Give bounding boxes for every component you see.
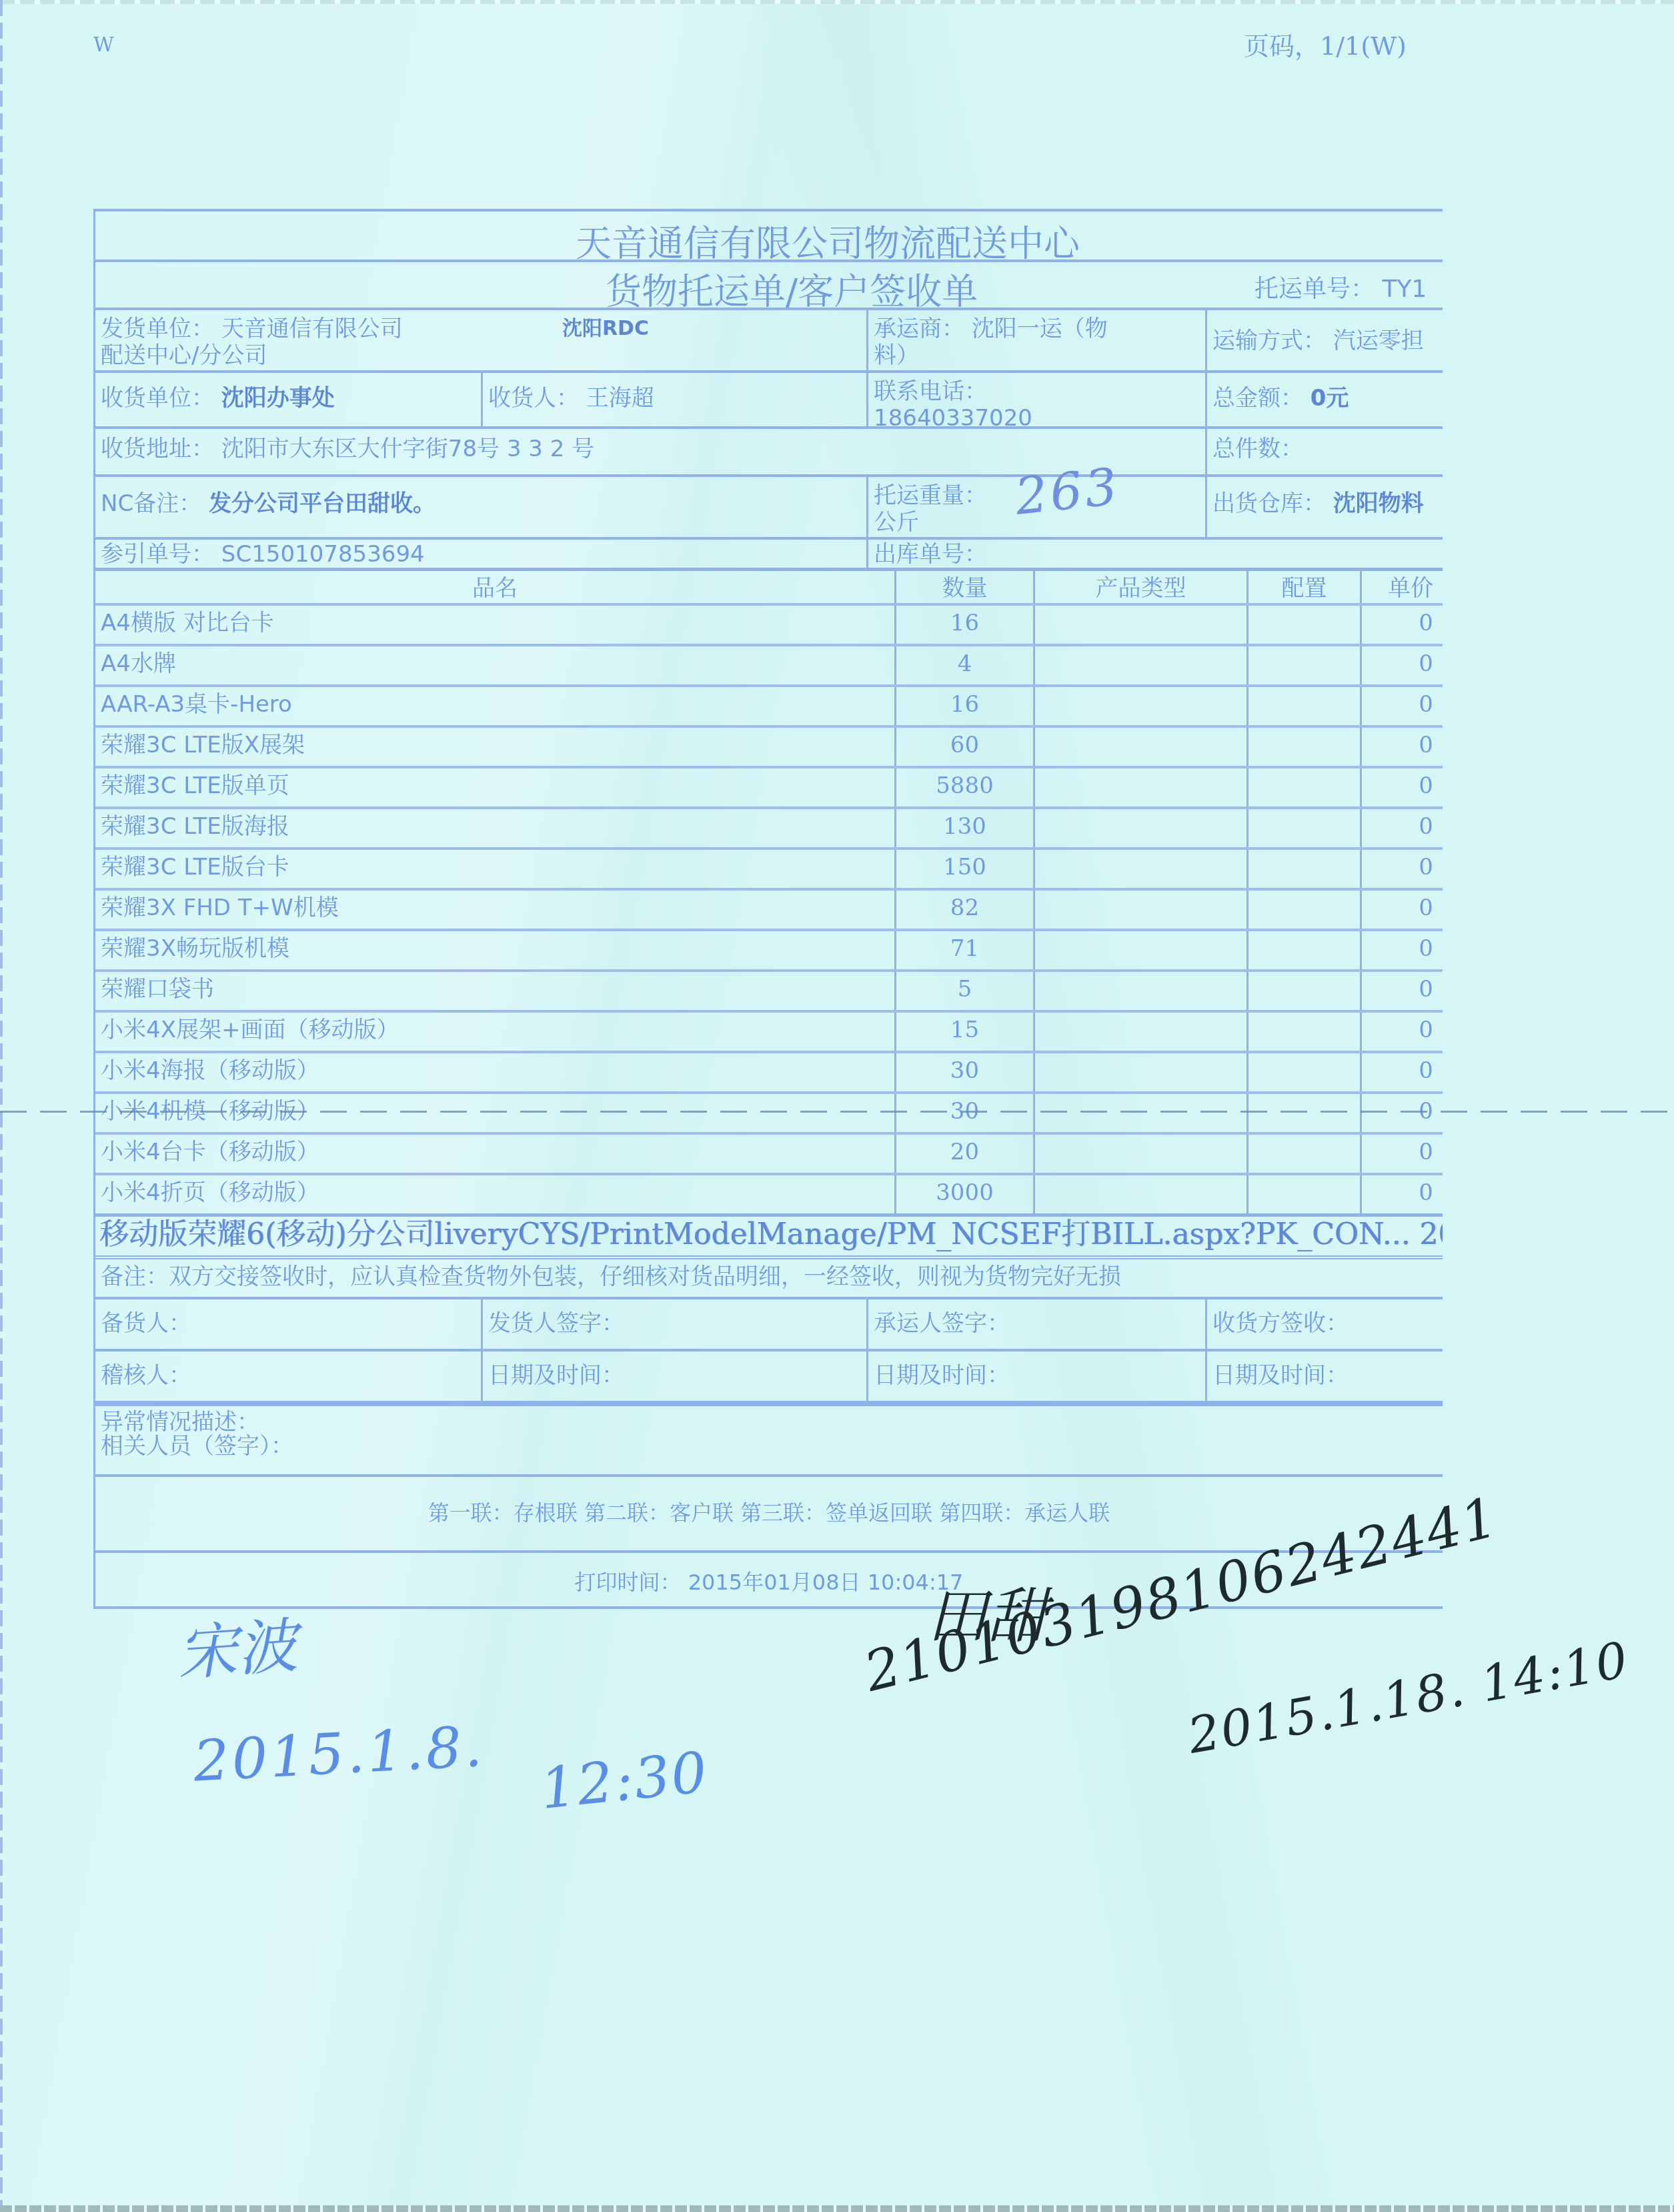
header-config: 配置: [1246, 571, 1360, 603]
left-handwritten-time: 12:30: [538, 1739, 712, 1822]
item-config: [1246, 1094, 1360, 1132]
item-config: [1246, 972, 1360, 1010]
item-config: [1246, 728, 1360, 766]
header-type: 产品类型: [1033, 571, 1246, 603]
item-qty: 130: [894, 809, 1033, 847]
perforation-left: [0, 0, 3, 2212]
item-type: [1033, 1175, 1246, 1213]
item-price: 0: [1360, 728, 1443, 766]
transport-mode-label: 运输方式：: [1212, 328, 1326, 354]
company-title-row: 天音通信有限公司物流配送中心: [95, 209, 1443, 259]
reference-label: 参引单号：: [101, 541, 214, 568]
address-value: 沈阳市大东区大什字街78号 3 3 2 号: [221, 436, 594, 462]
shipper-row: 发货单位： 天音通信有限公司 配送中心/分公司 沈阳RDC 承运商： 沈阳一运（…: [95, 308, 1443, 370]
item-name: 小米4机模（移动版）: [95, 1094, 894, 1132]
item-name: 荣耀3X畅玩版机模: [95, 931, 894, 969]
table-row: A4水牌40: [95, 644, 1443, 684]
table-row: 小米4X展架+画面（移动版）150: [95, 1010, 1443, 1051]
warehouse-label: 出货仓库：: [1212, 490, 1326, 517]
items-header-row: 品名 数量 产品类型 配置 单价: [95, 571, 1443, 603]
item-qty: 4: [894, 646, 1033, 684]
waybill-number: 托运单号： TY1: [1254, 270, 1427, 304]
item-price: 0: [1360, 768, 1443, 806]
table-row: 荣耀3C LTE版X展架600: [95, 725, 1443, 766]
waybill-number-value: TY1: [1382, 275, 1427, 303]
item-type: [1033, 1135, 1246, 1173]
carrier-line-2: 料）: [874, 342, 1200, 369]
table-row: 荣耀口袋书50: [95, 969, 1443, 1010]
item-qty: 60: [894, 728, 1033, 766]
waybill-number-label: 托运单号：: [1254, 275, 1375, 303]
perforation-bottom: [0, 2205, 1674, 2212]
table-row: 荣耀3C LTE版海报1300: [95, 806, 1443, 847]
carrier-sign-field[interactable]: 承运人签字：: [866, 1299, 1205, 1349]
item-name: 小米4海报（移动版）: [95, 1053, 894, 1091]
table-row: 荣耀3C LTE版台卡1500: [95, 847, 1443, 888]
item-qty: 82: [894, 891, 1033, 929]
warehouse-cell: 出货仓库： 沈阳物料: [1205, 477, 1443, 537]
item-config: [1246, 809, 1360, 847]
nc-note-cell: NC备注： 发分公司平台田甜收。: [95, 477, 866, 537]
reference-row: 参引单号： SC150107853694 出库单号：: [95, 537, 1443, 568]
transport-mode-cell: 运输方式： 汽运零担: [1205, 310, 1443, 370]
item-price: 0: [1360, 1094, 1443, 1132]
consignee-unit-cell: 收货单位： 沈阳办事处: [95, 373, 481, 426]
corner-mark: W: [93, 33, 114, 57]
item-config: [1246, 891, 1360, 929]
item-type: [1033, 1053, 1246, 1091]
item-qty: 20: [894, 1135, 1033, 1173]
abnormal-signer-label: 相关人员（签字）：: [101, 1434, 1437, 1458]
item-config: [1246, 768, 1360, 806]
reference-cell: 参引单号： SC150107853694: [95, 540, 866, 568]
contact-phone-label: 联系电话：: [874, 378, 1200, 405]
table-row: 小米4折页（移动版）30000: [95, 1173, 1443, 1213]
page-number: 页码，1/1(W): [1244, 25, 1407, 62]
item-name: 小米4折页（移动版）: [95, 1175, 894, 1213]
header-qty: 数量: [894, 571, 1033, 603]
item-name: 荣耀3C LTE版单页: [95, 768, 894, 806]
item-type: [1033, 1013, 1246, 1051]
item-config: [1246, 1013, 1360, 1051]
item-name: 小米4台卡（移动版）: [95, 1135, 894, 1173]
consignee-value: 王海超: [586, 385, 654, 412]
address-label: 收货地址：: [101, 436, 214, 462]
shipper-sign-field[interactable]: 发货人签字：: [481, 1299, 866, 1349]
header-name: 品名: [95, 571, 894, 603]
item-type: [1033, 687, 1246, 725]
reference-value: SC150107853694: [221, 541, 425, 568]
carrier-line-1: 承运商： 沈阳一运（物: [874, 316, 1200, 342]
item-type: [1033, 728, 1246, 766]
remark-text: 备注：双方交接签收时，应认真检查货物外包装，仔细核对货品明细，一经签收，则视为货…: [95, 1259, 1443, 1297]
weight-cell: 托运重量： 公斤 263: [866, 477, 1205, 537]
total-amount-cell: 总金额： 0元: [1205, 373, 1443, 426]
table-row: 小米4台卡（移动版）200: [95, 1132, 1443, 1173]
total-pieces-label: 总件数：: [1212, 436, 1303, 462]
overprint-url-line: 移动版荣耀6(移动)分公司liveryCYS/PrintModelManage/…: [95, 1213, 1443, 1255]
transport-mode-value: 汽运零担: [1333, 328, 1424, 354]
item-config: [1246, 606, 1360, 644]
items-table: 品名 数量 产品类型 配置 单价 A4横版 对比台卡160A4水牌40AAR-A…: [95, 568, 1443, 1213]
shipper-line-2: 配送中心/分公司: [101, 342, 861, 369]
item-price: 0: [1360, 1175, 1443, 1213]
carrier-datetime-field[interactable]: 日期及时间：: [866, 1351, 1205, 1401]
item-name: AAR-A3桌卡-Hero: [95, 687, 894, 725]
item-type: [1033, 768, 1246, 806]
item-price: 0: [1360, 850, 1443, 888]
abnormal-cell[interactable]: 异常情况描述： 相关人员（签字）：: [95, 1406, 1443, 1474]
copies-text: 第一联：存根联 第二联：客户联 第三联：签单返回联 第四联：承运人联: [95, 1477, 1443, 1550]
table-row: 荣耀3X畅玩版机模710: [95, 929, 1443, 969]
perforation-top: [0, 0, 1674, 4]
item-name: 荣耀3C LTE版X展架: [95, 728, 894, 766]
item-qty: 150: [894, 850, 1033, 888]
item-price: 0: [1360, 809, 1443, 847]
item-qty: 5: [894, 972, 1033, 1010]
consignee-unit-label: 收货单位：: [101, 385, 214, 412]
item-name: 荣耀3X FHD T+W机模: [95, 891, 894, 929]
table-row: AAR-A3桌卡-Hero160: [95, 684, 1443, 725]
item-qty: 5880: [894, 768, 1033, 806]
shipper-line-1: 发货单位： 天音通信有限公司: [101, 316, 861, 342]
header-price: 单价: [1360, 571, 1443, 603]
item-type: [1033, 606, 1246, 644]
item-config: [1246, 646, 1360, 684]
item-qty: 30: [894, 1094, 1033, 1132]
total-pieces-cell: 总件数：: [1205, 429, 1443, 474]
contact-phone-cell: 联系电话： 18640337020: [866, 373, 1205, 426]
item-type: [1033, 646, 1246, 684]
nc-note-row: NC备注： 发分公司平台田甜收。 托运重量： 公斤 263 出货仓库： 沈阳物料: [95, 474, 1443, 537]
item-price: 0: [1360, 606, 1443, 644]
waybill-form: 天音通信有限公司物流配送中心 货物托运单/客户签收单 托运单号： TY1 发货单…: [93, 209, 1443, 1609]
left-handwritten-date: 2015.1.8.: [192, 1714, 486, 1794]
signature-row-2: 稽核人： 日期及时间： 日期及时间： 日期及时间：: [95, 1349, 1443, 1401]
item-price: 0: [1360, 1013, 1443, 1051]
item-price: 0: [1360, 891, 1443, 929]
item-config: [1246, 1135, 1360, 1173]
remark-row: 备注：双方交接签收时，应认真检查货物外包装，仔细核对货品明细，一经签收，则视为货…: [95, 1255, 1443, 1297]
consignee-unit-value: 沈阳办事处: [221, 385, 335, 412]
auditor-field[interactable]: 稽核人：: [95, 1351, 481, 1401]
total-amount-label: 总金额：: [1212, 385, 1303, 412]
consignee-label: 收货人：: [488, 385, 579, 412]
item-type: [1033, 972, 1246, 1010]
item-config: [1246, 850, 1360, 888]
item-type: [1033, 809, 1246, 847]
item-qty: 71: [894, 931, 1033, 969]
right-handwritten-datetime: 2015.1.18. 14:10: [1184, 1631, 1633, 1765]
table-row: 荣耀3C LTE版单页58800: [95, 766, 1443, 806]
item-config: [1246, 931, 1360, 969]
item-qty: 16: [894, 687, 1033, 725]
item-price: 0: [1360, 1135, 1443, 1173]
item-qty: 30: [894, 1053, 1033, 1091]
abnormal-row: 异常情况描述： 相关人员（签字）：: [95, 1401, 1443, 1474]
table-row: 荣耀3X FHD T+W机模820: [95, 888, 1443, 929]
signature-row-1: 备货人： 发货人签字： 承运人签字： 收货方签收：: [95, 1297, 1443, 1349]
fold-perforation-line: [0, 1111, 1674, 1113]
nc-note-label: NC备注：: [101, 490, 201, 517]
preparer-field[interactable]: 备货人：: [95, 1299, 481, 1349]
consignee-row: 收货单位： 沈阳办事处 收货人： 王海超 联系电话： 18640337020 总…: [95, 370, 1443, 426]
doc-title-row: 货物托运单/客户签收单 托运单号： TY1: [95, 259, 1443, 308]
weight-handwritten-value: 263: [1014, 473, 1120, 510]
address-row: 收货地址： 沈阳市大东区大什字街78号 3 3 2 号 总件数：: [95, 426, 1443, 474]
item-price: 0: [1360, 1053, 1443, 1091]
item-config: [1246, 1053, 1360, 1091]
item-name: 荣耀口袋书: [95, 972, 894, 1010]
shipper-branch: 沈阳RDC: [562, 316, 649, 342]
nc-note-value: 发分公司平台田甜收。: [209, 490, 436, 517]
item-config: [1246, 1175, 1360, 1213]
item-price: 0: [1360, 646, 1443, 684]
item-price: 0: [1360, 687, 1443, 725]
item-type: [1033, 891, 1246, 929]
outbound-label: 出库单号：: [874, 541, 987, 568]
receiver-datetime-field[interactable]: 日期及时间：: [1205, 1351, 1443, 1401]
outbound-cell: 出库单号：: [866, 540, 1443, 568]
item-name: 小米4X展架+画面（移动版）: [95, 1013, 894, 1051]
table-row: 小米4海报（移动版）300: [95, 1051, 1443, 1091]
item-name: 荣耀3C LTE版海报: [95, 809, 894, 847]
warehouse-value: 沈阳物料: [1333, 490, 1424, 517]
item-qty: 16: [894, 606, 1033, 644]
item-name: A4水牌: [95, 646, 894, 684]
abnormal-description-label: 异常情况描述：: [101, 1410, 1437, 1434]
shipper-cell: 发货单位： 天音通信有限公司 配送中心/分公司 沈阳RDC: [95, 310, 866, 370]
left-handwritten-signature: 宋波: [174, 1597, 300, 1692]
item-type: [1033, 931, 1246, 969]
items-body: A4横版 对比台卡160A4水牌40AAR-A3桌卡-Hero160荣耀3C L…: [95, 603, 1443, 1213]
receiver-sign-field[interactable]: 收货方签收：: [1205, 1299, 1443, 1349]
item-qty: 3000: [894, 1175, 1033, 1213]
shipper-datetime-field[interactable]: 日期及时间：: [481, 1351, 866, 1401]
consignee-cell: 收货人： 王海超: [481, 373, 866, 426]
item-qty: 15: [894, 1013, 1033, 1051]
item-price: 0: [1360, 972, 1443, 1010]
copies-row: 第一联：存根联 第二联：客户联 第三联：签单返回联 第四联：承运人联: [95, 1474, 1443, 1550]
item-name: 荣耀3C LTE版台卡: [95, 850, 894, 888]
carrier-cell: 承运商： 沈阳一运（物 料）: [866, 310, 1205, 370]
table-row: A4横版 对比台卡160: [95, 603, 1443, 644]
item-config: [1246, 687, 1360, 725]
item-type: [1033, 1094, 1246, 1132]
item-type: [1033, 850, 1246, 888]
item-price: 0: [1360, 931, 1443, 969]
item-name: A4横版 对比台卡: [95, 606, 894, 644]
total-amount-value: 0元: [1311, 385, 1349, 412]
